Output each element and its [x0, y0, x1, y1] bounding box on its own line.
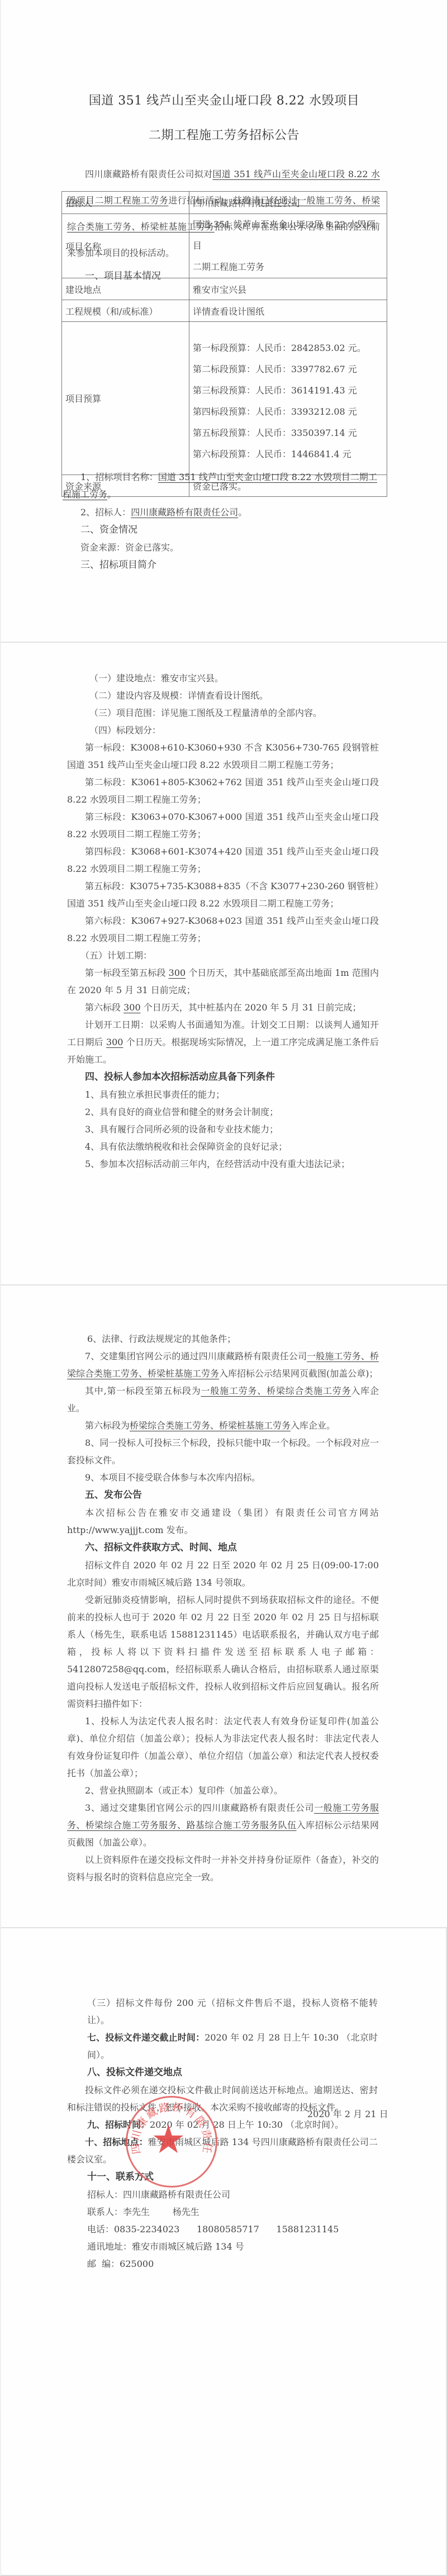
contact-address: 通讯地址：雅安市雨城区城后路 134 号 — [67, 2238, 378, 2255]
document-page-2: （一）建设地点：雅安市宝兴县。 （二）建设内容及规模：详情查看设计图纸。 （三）… — [0, 643, 447, 1285]
lot-6: 第六标段：K3067+927-K3068+023 国道 351 线芦山至夹金山垭… — [67, 912, 379, 947]
section-2-text: 资金来源：资金已落实。 — [63, 539, 377, 556]
section-2-heading: 二、资金情况 — [63, 521, 377, 539]
brief-item-4: （四）标段划分： — [67, 722, 379, 739]
schedule-lots-1-5: 第一标段至第五标段 300 个日历天，其中基础底部至高出地面 1m 范围内在 2… — [67, 964, 379, 999]
condition-7: 7、交建集团官网公示的通过四川康藏路桥有限责任公司一般施工劳务、桥梁综合类施工劳… — [67, 1348, 379, 1382]
seal-star-icon: ★ — [151, 2120, 186, 2159]
contact-tenderer: 招标人：四川康藏路桥有限责任公司 — [67, 2186, 378, 2203]
table-value: 详情查看设计图纸 — [189, 300, 387, 322]
table-row: 项目名称 国道 351 线芦山至夹金山垭口段 8.22 水毁项目 二期工程施工劳… — [62, 214, 387, 278]
condition-7-lots-1-5: 其中,第一标段至第五标段为一般施工劳务、桥梁综合类施工劳务入库企业。 — [67, 1382, 379, 1417]
schedule-dates: 计划开工日期：以采购人书面通知为准。计划交工日期：以谈判人通知开工日期后 300… — [67, 1016, 379, 1068]
condition-4: 4、具有依法缴纳税收和社会保障资金的良好记录； — [67, 1138, 379, 1155]
section-5-heading: 五、发布公告 — [67, 1486, 379, 1504]
lot-3: 第三标段：K3063+070-K3067+000 国道 351 线芦山至夹金山垭… — [67, 808, 379, 843]
condition-7-lot-6: 第六标段为桥梁综合类施工劳务、桥梁桩基施工劳务入库企业。 — [67, 1417, 379, 1434]
table-key: 招标人 — [62, 192, 189, 214]
table-key: 项目预算 — [62, 322, 189, 475]
document-title-line-2: 二期工程施工劳务招标公告 — [1, 124, 447, 148]
brief-item-3: （三）项目范围：详见施工图纸及工程量清单的全部内容。 — [67, 704, 379, 722]
table-row: 建设地点 雅安市宝兴县 — [62, 278, 387, 300]
schedule-heading: （五）计划工期： — [67, 947, 379, 964]
document-date: 2020 年 2 月 21 日 — [307, 2107, 388, 2120]
document-fee: （三）招标文件每份 200 元（招标文件售后不退，投标人资格不能转让）。 — [67, 1994, 378, 2029]
condition-3: 3、具有履行合同所必须的设备和专业技术能力； — [67, 1121, 379, 1138]
table-row: 招标人 四川康藏路桥有限责任公司 — [62, 192, 387, 214]
budget-lot-4: 第四标段预算：人民币：3393212.08 元 — [193, 401, 383, 423]
registration-req-1: 1、投标人为法定代表人报名时：法定代表人有效身份证复印件(加盖公章)、单位介绍信… — [67, 1712, 379, 1782]
table-value: 雅安市宝兴县 — [189, 278, 387, 300]
section-11-heading: 十一、联系方式 — [67, 2168, 378, 2186]
condition-2: 2、具有良好的商业信誉和健全的财务会计制度； — [67, 1103, 379, 1121]
registration-req-2: 2、营业执照副本（或正本）复印件（加盖公章）。 — [67, 1782, 379, 1799]
table-value-budget: 第一标段预算：人民币：2842853.02 元。 第二标段预算：人民币：3397… — [189, 322, 387, 475]
budget-lot-3: 第三标段预算：人民币：3614191.43 元 — [193, 380, 383, 401]
condition-5: 5、参加本次招标活动前三年内，在经营活动中没有重大违法记录； — [67, 1155, 379, 1173]
section-1-item-1: 1、招标项目名称：国道 351 线芦山至夹金山垭口段 8.22 水毁项目二期工程… — [63, 468, 377, 503]
document-page-3: 6、法律、行政法规规定的其他条件； 7、交建集团官网公示的通过四川康藏路桥有限责… — [0, 1285, 447, 1928]
table-key: 建设地点 — [62, 278, 189, 300]
condition-6: 6、法律、行政法规规定的其他条件； — [67, 1330, 379, 1348]
condition-9: 9、本项目不接受联合体参与本次库内招标。 — [67, 1469, 379, 1486]
contact-phones: 电话：0835-2234023 18080585717 15881231145 — [67, 2221, 378, 2238]
section-6-text-2: 受新冠肺炎疫情影响，招标人同时提供不到场获取招标文件的途径。不便前来的投标人也可… — [67, 1591, 379, 1712]
document-page-4: （三）招标文件每份 200 元（招标文件售后不退，投标人资格不能转让）。 七、投… — [0, 1928, 447, 2576]
section-3-heading: 三、招标项目简介 — [63, 556, 377, 574]
table-key: 项目名称 — [62, 214, 189, 278]
section-5-text: 本次招标公告在雅安市交通建设（集团）有限责任公司官方网站 http://www.… — [67, 1504, 379, 1539]
registration-req-3: 3、通过交建集团官网公示的四川康藏路桥有限责任公司一般施工劳务服务、桥梁综合施工… — [67, 1799, 379, 1851]
document-page-1: 国道 351 线芦山至夹金山垭口段 8.22 水毁项目 二期工程施工劳务招标公告… — [0, 0, 447, 643]
budget-lot-2: 第二标段预算：人民币：3397782.67 元 — [193, 359, 383, 380]
section-4-heading: 四、投标人参加本次招标活动应具备下列条件 — [67, 1068, 379, 1086]
company-seal-stamp: 四川康藏路桥有限责任公司 ★ — [126, 2096, 217, 2188]
lot-4: 第四标段：K3068+601-K3074+420 国道 351 线芦山至夹金山垭… — [67, 843, 379, 877]
table-key: 工程规模（和/或标准） — [62, 300, 189, 322]
document-title-line-1: 国道 351 线芦山至夹金山垭口段 8.22 水毁项目 — [1, 89, 447, 113]
table-value: 国道 351 线芦山至夹金山垭口段 8.22 水毁项目 二期工程施工劳务 — [189, 214, 387, 278]
brief-item-2: （二）建设内容及规模：详情查看设计图纸。 — [67, 687, 379, 704]
section-10: 十、招标地点：雅安市雨城区城后路 134 号四川康藏路桥有限责任公司二楼会议室。 — [67, 2133, 378, 2168]
lot-1: 第一标段：K3008+610-K3060+930 不含 K3056+730-76… — [67, 739, 379, 774]
section-1-item-2: 2、招标人：四川康藏路桥有限责任公司。 — [63, 504, 377, 521]
budget-lot-6: 第六标段预算：人民币：1446841.4 元 — [193, 444, 383, 465]
section-6-text-1: 招标文件自 2020 年 02 月 22 日至 2020 年 02 月 25 日… — [67, 1557, 379, 1591]
project-info-table: 招标人 四川康藏路桥有限责任公司 项目名称 国道 351 线芦山至夹金山垭口段 … — [61, 191, 387, 497]
contact-postcode: 邮 编：625000 — [67, 2255, 378, 2273]
contact-persons: 联系人：李先生 杨先生 — [67, 2203, 378, 2221]
table-row: 工程规模（和/或标准） 详情查看设计图纸 — [62, 300, 387, 322]
budget-lot-1: 第一标段预算：人民币：2842853.02 元。 — [193, 338, 383, 359]
section-7: 七、投标文件递交截止时间：2020 年 02 月 28 日上午 10:30 （北… — [67, 2029, 378, 2063]
section-6-heading: 六、招标文件获取方式、时间、地点 — [67, 1539, 379, 1557]
lot-5: 第五标段：K3075+735-K3088+835（不含 K3077+230-26… — [67, 877, 379, 912]
condition-8: 8、同一投标人可投标三个标段，投标只能中取一个标段。一个标段对应一套投标文件。 — [67, 1434, 379, 1469]
brief-item-1: （一）建设地点：雅安市宝兴县。 — [67, 670, 379, 687]
condition-1: 1、具有独立承担民事责任的能力； — [67, 1086, 379, 1103]
lot-2: 第二标段：K3061+805-K3062+762 国道 351 线芦山至夹金山垭… — [67, 774, 379, 808]
budget-lot-5: 第五标段预算：人民币：3350397.14 元 — [193, 423, 383, 444]
schedule-lot-6: 第六标段 300 个日历天，其中桩基内在 2020 年 5 月 31 日前完成； — [67, 999, 379, 1016]
table-value: 四川康藏路桥有限责任公司 — [189, 192, 387, 214]
section-8-heading: 八、投标文件递交地点 — [67, 2063, 378, 2081]
table-row: 项目预算 第一标段预算：人民币：2842853.02 元。 第二标段预算：人民币… — [62, 322, 387, 475]
registration-note: 以上资料原件在递交投标文件时一并补交并持身份证原件（备查），补交的资料与报名时的… — [67, 1851, 379, 1886]
